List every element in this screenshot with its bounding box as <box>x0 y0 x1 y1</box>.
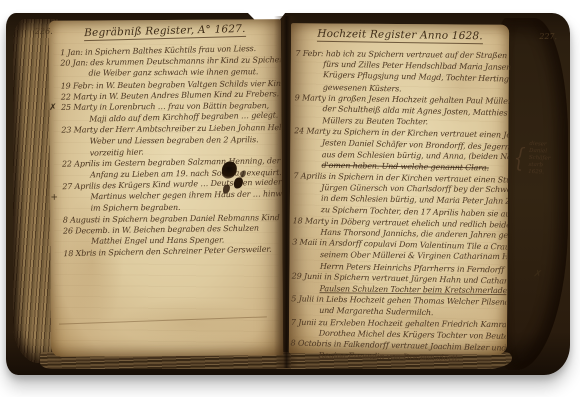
entry-text: aus dem Schlesien bürtig, und Anna, (bei… <box>322 150 511 161</box>
entry-text: 7 Febr: hab ich zu Spichern vertrauet au… <box>295 49 507 60</box>
entry-text: 7 Junii zu Erxleben Hochzeit gehalten Fr… <box>291 317 511 328</box>
entry-text: vorzeitig hier. <box>90 147 144 157</box>
register-line: aus dem Schlesien bürtig, und Anna, (bei… <box>291 150 509 163</box>
register-line: 7 Junii zu Erxleben Hochzeit gehalten Fr… <box>288 317 506 330</box>
marriage-entries: 7 Febr: hab ich zu Spichern vertrauet au… <box>287 48 510 365</box>
entry-text: Jürgen Günersch von Charlsdorff bey der … <box>321 183 510 194</box>
right-page-header: Hochzeit Register Anno 1628. 227. <box>291 28 509 48</box>
margin-x-mark: ✗ <box>532 268 543 281</box>
entry-text: seinem Ober Müllerei & Virginen Catharin… <box>320 251 510 262</box>
margin-annotation: { dieserDanielSchäferstarb1629. <box>510 140 551 177</box>
left-page-header: 226. Begräbniß Register, A° 1627. <box>49 24 281 44</box>
left-page: 226. Begräbniß Register, A° 1627. 1 Jan:… <box>49 19 283 357</box>
entry-text: Matthei Engel und Hans Spenger. <box>91 236 224 246</box>
register-line: 19 Febr: in W. Beuten begraben Valtgen S… <box>49 79 281 93</box>
margin-brace: { <box>513 145 526 171</box>
entry-text: Müllers zu Beuten Tochter. <box>322 116 428 126</box>
entry-text: die Weiber ganz schwach wie ihnen gemut. <box>88 68 258 78</box>
entry-text: und Margaretha Sudermilch. <box>319 306 433 317</box>
entry-text: gewesenen Küsters. <box>323 82 402 93</box>
margin-note-line: 1629. <box>528 169 550 177</box>
entry-text: Weber und Liessen begraben den 2 Aprilis… <box>90 135 259 145</box>
entry-text: 23 Marty der Herr Ambtschreiber zu Liebe… <box>61 123 283 135</box>
left-register-title: Begräbniß Register, A° 1627. <box>49 22 281 40</box>
margin-note-lines: dieserDanielSchäferstarb1629. <box>528 141 551 177</box>
entry-text: 19 Febr: in W. Beuten begraben Valtgen S… <box>61 78 284 90</box>
register-line: 7 Febr: hab ich zu Spichern vertrauet au… <box>292 49 510 62</box>
margin-mark: + <box>50 193 62 203</box>
page-crease <box>59 316 267 324</box>
right-page: Hochzeit Register Anno 1628. 227. 7 Febr… <box>289 23 509 355</box>
margin-mark: ✗ <box>49 103 61 113</box>
entry-text: 25 Marty in Lorenbruch … frau von Bättin… <box>61 101 269 112</box>
entry-text: 8 Augusti in Spichern begraben Daniel Re… <box>63 213 280 225</box>
burial-entries: 1 Jan: in Spichern Balthes Küchtils frau… <box>48 44 283 260</box>
entry-text: im Spichern begraben. <box>91 202 181 212</box>
entry-text: Paulsen Schulzen Tochter beim Kretschmer… <box>319 284 510 295</box>
right-register-title: Hochzeit Register Anno 1628. <box>291 27 509 42</box>
entry-text: Regina Freundin von Dremansdorff. <box>318 351 459 363</box>
manuscript-photo: 226. Begräbniß Register, A° 1627. 1 Jan:… <box>0 0 580 397</box>
right-page-number: 227. <box>539 32 557 41</box>
entry-text: 1 Jan: in Spichern Balthes Küchtils frau… <box>60 44 256 57</box>
register-line: Paulsen Schulzen Tochter beim Kretschmer… <box>288 284 506 297</box>
